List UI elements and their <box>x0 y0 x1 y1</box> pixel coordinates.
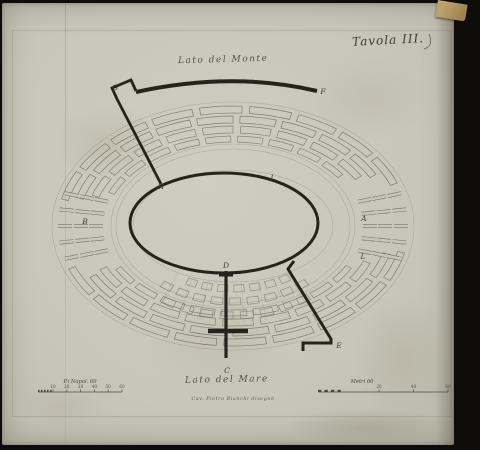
pier-block <box>247 296 260 304</box>
seat-slab <box>240 116 276 127</box>
plate-number-flourish <box>424 34 431 49</box>
seat-slab <box>80 143 111 170</box>
radial-pier-core <box>76 211 90 212</box>
seat-slab <box>205 136 231 144</box>
pier-block <box>176 288 189 298</box>
seat-slab <box>174 333 217 346</box>
photographed-book-page: GFHIBALDCE102030405060P.i Napol. 6020406… <box>0 0 480 450</box>
scale-bar-right-tick-label: 40 <box>411 384 417 389</box>
radial-pier-core <box>90 212 104 213</box>
seat-slab <box>249 107 292 120</box>
seat-slab <box>199 106 242 115</box>
seat-slab <box>281 121 317 137</box>
seat-slab <box>100 267 122 288</box>
seat-slab <box>310 282 333 298</box>
scale-bar-right-tick-label: 60 <box>445 384 451 389</box>
radial-pier-core <box>76 240 90 241</box>
seat-slab <box>150 303 180 319</box>
seat-slab <box>69 267 95 295</box>
seat-slab <box>333 265 352 282</box>
seat-slab <box>150 314 186 330</box>
section-line-G-H <box>112 80 161 184</box>
seat-slab <box>319 134 351 155</box>
scale-bar-left-cell <box>47 390 49 392</box>
seat-slab <box>125 160 146 176</box>
seat-slab <box>350 154 376 178</box>
seat-slab <box>338 159 361 179</box>
pier-block <box>234 285 245 292</box>
scale-bar-left-cell <box>44 390 46 392</box>
scale-bar-left-tick-label: 50 <box>106 384 112 389</box>
seat-slab <box>90 274 116 298</box>
engraver-credit: Cav. Pietro Bianchi disegnò <box>168 396 298 402</box>
seat-slab <box>147 147 171 161</box>
section-line-top-arc <box>136 81 317 92</box>
scale-bar-right-cell <box>325 390 328 392</box>
plan-letter-G: G <box>112 83 118 92</box>
pier-block <box>160 281 173 291</box>
scale-bar-right-cell <box>318 390 321 392</box>
radial-pier-core <box>90 238 104 239</box>
radial-pier-core <box>60 241 74 242</box>
seat-slab <box>240 126 271 136</box>
scale-bar-left-label: P.i Napol. 60 <box>62 379 97 385</box>
radial-pier-core <box>60 209 74 210</box>
seat-slab <box>121 287 148 306</box>
pier-block <box>229 298 241 305</box>
seat-slab <box>322 161 343 178</box>
scale-bar-left-cell <box>41 390 43 392</box>
plan-letter-L: L <box>360 252 366 261</box>
radial-pier-core <box>377 211 391 212</box>
pier-block <box>162 297 177 308</box>
seat-slab <box>156 120 192 136</box>
pier-block <box>211 297 223 305</box>
seat-slab <box>152 109 194 126</box>
scale-bar-left-tick-label: 10 <box>50 384 56 389</box>
seat-slab <box>238 136 264 144</box>
scale-bar-right-label: Metri 60 <box>350 379 375 385</box>
plan-letter-F: F <box>319 87 326 96</box>
plan-letter-D: D <box>222 261 229 270</box>
seat-slab <box>197 116 233 126</box>
scale-bar-right-tick-label: 20 <box>376 384 382 389</box>
scale-bar-right-cell <box>338 390 341 392</box>
seat-slab <box>297 148 321 163</box>
seat-slab <box>277 131 307 146</box>
plan-letter-B: B <box>81 217 88 226</box>
seat-slab <box>202 126 233 135</box>
plan-letter-H: H <box>157 182 165 191</box>
radial-pier-core <box>377 240 391 241</box>
seat-slab <box>109 177 126 195</box>
seat-slab <box>356 282 387 309</box>
pier-block <box>193 293 206 302</box>
label-lato-del-mare: Lato del Mare <box>185 374 269 385</box>
seat-slab <box>273 326 315 343</box>
scale-bar-left-tick-label: 60 <box>119 384 125 389</box>
radial-pier-core <box>392 209 406 210</box>
seat-slab <box>135 283 158 299</box>
seat-slab <box>116 267 135 284</box>
plan-letter-C: C <box>224 366 230 375</box>
seat-slab <box>224 337 267 346</box>
radial-pier-core <box>392 241 406 242</box>
seat-slab <box>371 157 397 185</box>
scale-bar-left-cell <box>38 390 40 392</box>
seat-slab <box>174 139 200 150</box>
radial-pier-core <box>362 238 376 239</box>
seat-slab <box>345 278 372 301</box>
seat-slab <box>93 150 120 173</box>
seat-slab <box>274 317 310 333</box>
seat-slab <box>310 142 338 160</box>
pier-block <box>280 287 293 297</box>
plan-letter-A: A <box>360 214 367 223</box>
seat-slab <box>109 155 133 175</box>
seat-slab <box>116 297 148 318</box>
plan-letter-E: E <box>335 341 342 350</box>
scale-bar-right-cell <box>331 390 334 392</box>
scale-bar-left-cell <box>50 390 52 392</box>
